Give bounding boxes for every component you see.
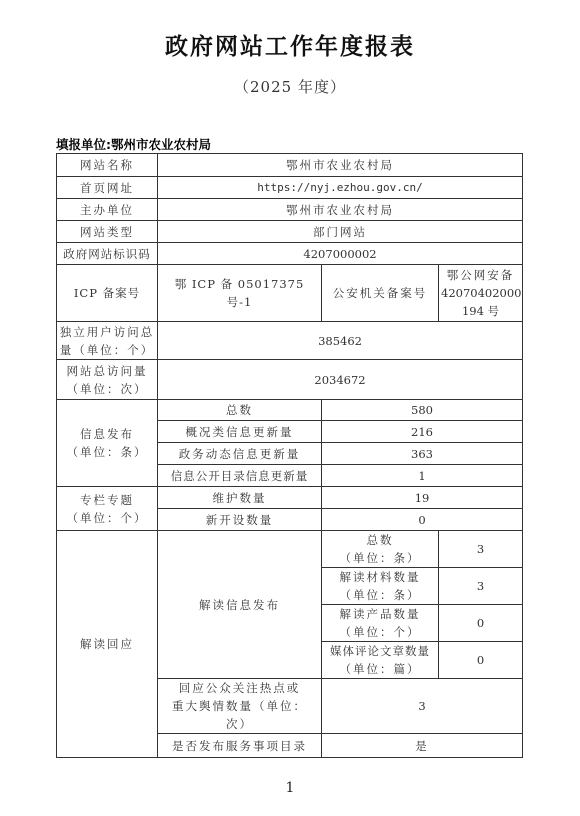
label-line: 解读产品数量 <box>324 605 436 623</box>
homepage-label: 首页网址 <box>57 177 158 199</box>
homepage-url: https://nyj.ezhou.gov.cn/ <box>158 177 523 199</box>
info-publish-item-label: 概况类信息更新量 <box>158 421 322 443</box>
table-row: 网站总访问量 （单位：次） 2034672 <box>57 360 523 400</box>
label-line: （单位：个） <box>324 623 436 641</box>
interpretation-item-value: 3 <box>439 568 523 605</box>
table-row: 网站名称 鄂州市农业农村局 <box>57 154 523 177</box>
info-publish-item-label: 总数 <box>158 400 322 421</box>
service-catalog-value: 是 <box>322 734 523 758</box>
label-line: 量（单位：个） <box>59 341 155 359</box>
site-name-value: 鄂州市农业农村局 <box>158 154 523 177</box>
interpretation-label: 解读回应 <box>57 531 158 758</box>
label-line: 独立用户访问总 <box>59 323 155 341</box>
interpretation-item-value: 0 <box>439 642 523 679</box>
table-row: 首页网址 https://nyj.ezhou.gov.cn/ <box>57 177 523 199</box>
service-catalog-label: 是否发布服务事项目录 <box>158 734 322 758</box>
police-record-value: 鄂公网安备 42070402000 194 号 <box>439 265 523 322</box>
label-line: 信息发布 <box>59 425 155 443</box>
site-name-label: 网站名称 <box>57 154 158 177</box>
total-visits-value: 2034672 <box>158 360 523 400</box>
info-publish-item-value: 1 <box>322 465 523 487</box>
label-line: （单位：次） <box>59 380 155 398</box>
site-type-value: 部门网站 <box>158 221 523 243</box>
label-line: 总数 <box>324 531 436 549</box>
label-line: 解读材料数量 <box>324 568 436 586</box>
table-row: 主办单位 鄂州市农业农村局 <box>57 199 523 221</box>
public-response-value: 3 <box>322 679 523 734</box>
page-number: 1 <box>0 780 580 796</box>
icp-value: 鄂 ICP 备 05017375 号-1 <box>158 265 322 322</box>
columns-item-value: 19 <box>322 487 523 509</box>
interpretation-item-label: 解读材料数量 （单位：条） <box>322 568 439 605</box>
site-id-value: 4207000002 <box>158 243 523 265</box>
interpretation-item-value: 3 <box>439 531 523 568</box>
table-row: 解读回应 解读信息发布 总数 （单位：条） 3 <box>57 531 523 568</box>
total-visits-label: 网站总访问量 （单位：次） <box>57 360 158 400</box>
info-publish-item-value: 216 <box>322 421 523 443</box>
page-title: 政府网站工作年度报表 <box>0 28 580 61</box>
label-line: 回应公众关注热点或 <box>160 679 319 697</box>
interpretation-item-label: 媒体评论文章数量 （单位：篇） <box>322 642 439 679</box>
interpretation-sub-label: 解读信息发布 <box>158 531 322 679</box>
unique-visitors-value: 385462 <box>158 322 523 360</box>
interpretation-item-label: 解读产品数量 （单位：个） <box>322 605 439 642</box>
label-line: 网站总访问量 <box>59 362 155 380</box>
label-line: （单位：条） <box>324 549 436 567</box>
unique-visitors-label: 独立用户访问总 量（单位：个） <box>57 322 158 360</box>
columns-label: 专栏专题 （单位：个） <box>57 487 158 531</box>
columns-item-value: 0 <box>322 509 523 531</box>
info-publish-item-value: 363 <box>322 443 523 465</box>
report-table: 网站名称 鄂州市农业农村局 首页网址 https://nyj.ezhou.gov… <box>56 153 523 758</box>
label-line: （单位：个） <box>59 509 155 527</box>
table-row: 信息发布 （单位：条） 总数 580 <box>57 400 523 421</box>
info-publish-item-label: 政务动态信息更新量 <box>158 443 322 465</box>
site-type-label: 网站类型 <box>57 221 158 243</box>
table-row: 网站类型 部门网站 <box>57 221 523 243</box>
interpretation-item-value: 0 <box>439 605 523 642</box>
label-line: 次） <box>160 715 319 733</box>
label-line: （单位：条） <box>324 586 436 604</box>
label-line: 专栏专题 <box>59 491 155 509</box>
police-record-line: 194 号 <box>441 302 520 320</box>
info-publish-label: 信息发布 （单位：条） <box>57 400 158 487</box>
label-line: （单位：篇） <box>324 660 436 678</box>
label-line: 重大舆情数量（单位： <box>160 697 319 715</box>
info-publish-item-value: 580 <box>322 400 523 421</box>
site-id-label: 政府网站标识码 <box>57 243 158 265</box>
label-line: 媒体评论文章数量 <box>324 642 436 660</box>
table-row: 专栏专题 （单位：个） 维护数量 19 <box>57 487 523 509</box>
columns-item-label: 维护数量 <box>158 487 322 509</box>
sponsor-value: 鄂州市农业农村局 <box>158 199 523 221</box>
police-record-line: 42070402000 <box>441 284 520 302</box>
reporting-unit: 填报单位:鄂州市农业农村局 <box>56 135 211 153</box>
public-response-label: 回应公众关注热点或 重大舆情数量（单位： 次） <box>158 679 322 734</box>
police-record-label: 公安机关备案号 <box>322 265 439 322</box>
police-record-line: 鄂公网安备 <box>441 266 520 284</box>
report-year: （2025 年度） <box>0 76 580 97</box>
sponsor-label: 主办单位 <box>57 199 158 221</box>
icp-label: ICP 备案号 <box>57 265 158 322</box>
interpretation-item-label: 总数 （单位：条） <box>322 531 439 568</box>
label-line: （单位：条） <box>59 443 155 461</box>
info-publish-item-label: 信息公开目录信息更新量 <box>158 465 322 487</box>
columns-item-label: 新开设数量 <box>158 509 322 531</box>
table-row: ICP 备案号 鄂 ICP 备 05017375 号-1 公安机关备案号 鄂公网… <box>57 265 523 322</box>
table-row: 政府网站标识码 4207000002 <box>57 243 523 265</box>
table-row: 独立用户访问总 量（单位：个） 385462 <box>57 322 523 360</box>
